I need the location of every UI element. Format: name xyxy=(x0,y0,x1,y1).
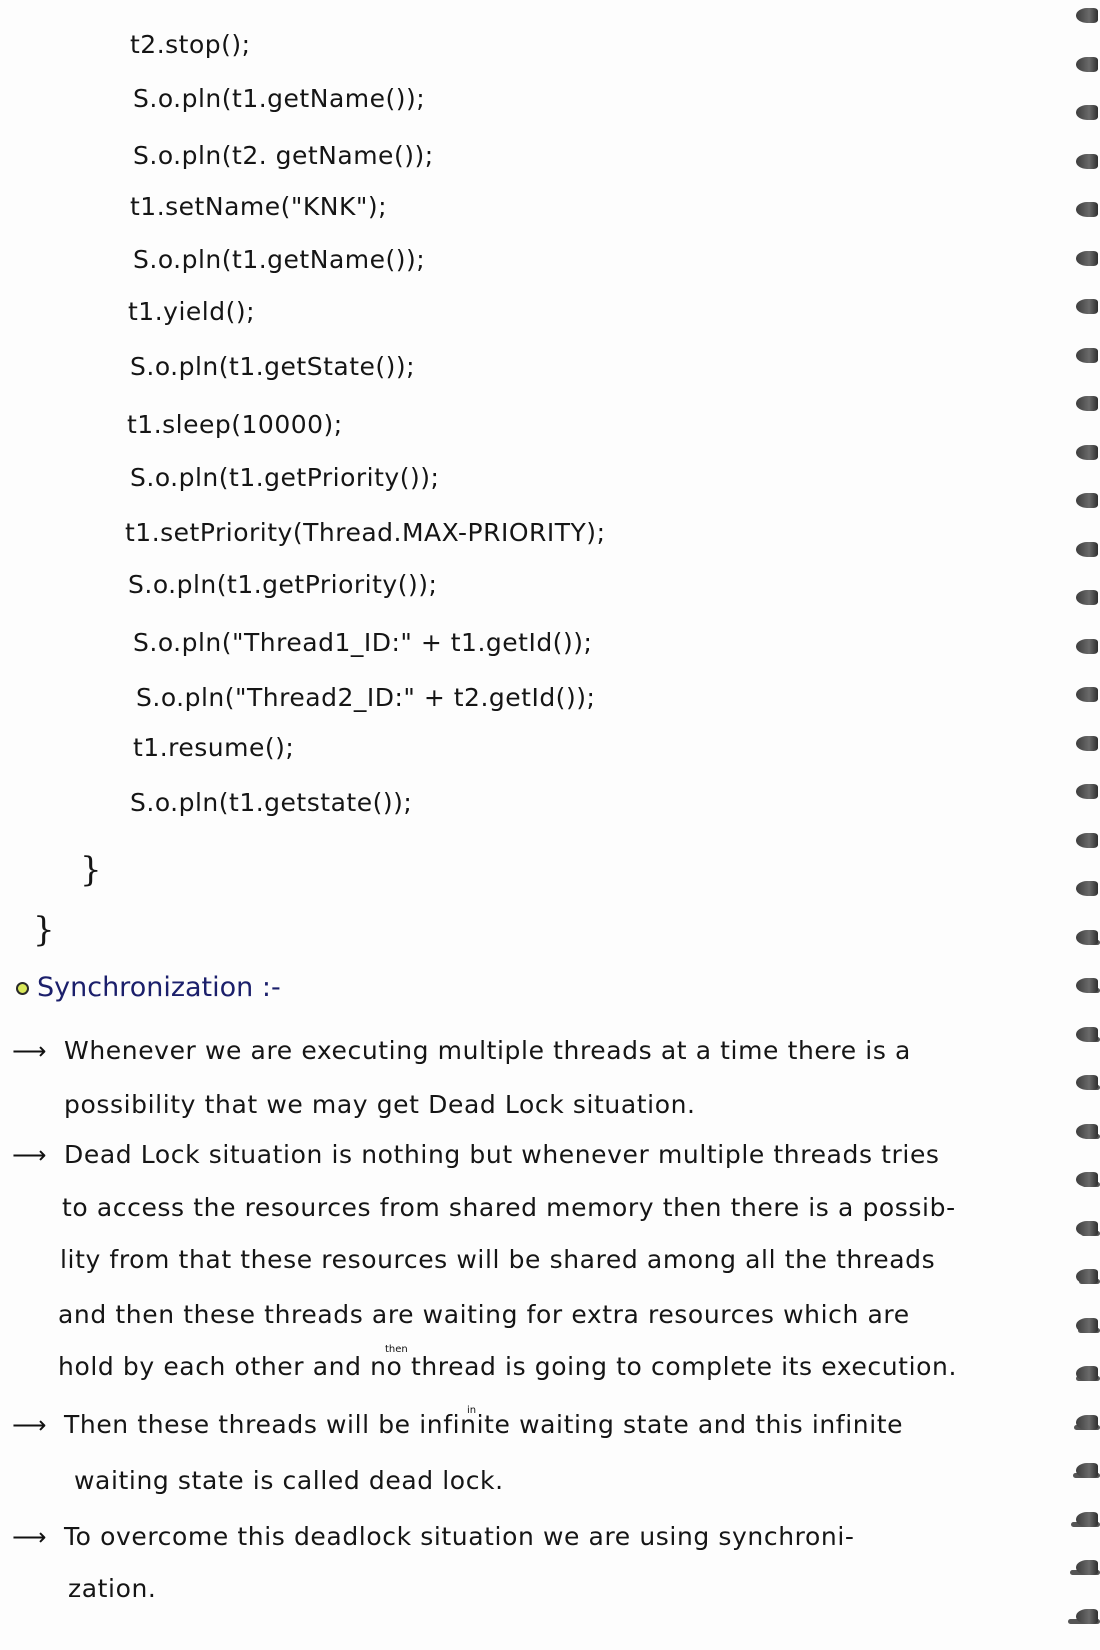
code-line: S.o.pln(t1.getPriority()); xyxy=(128,570,437,599)
spiral-ring xyxy=(1076,784,1098,799)
spiral-ring xyxy=(1076,105,1098,120)
spiral-ring xyxy=(1076,881,1098,896)
bullet-line: and then these threads are waiting for e… xyxy=(58,1300,910,1329)
spiral-ring xyxy=(1076,1415,1098,1430)
spiral-ring xyxy=(1076,1366,1098,1381)
spiral-ring xyxy=(1076,1075,1098,1090)
code-line: t1.yield(); xyxy=(128,297,255,326)
code-line: S.o.pln("Thread2_ID:" + t2.getId()); xyxy=(136,683,595,712)
code-line: S.o.pln(t1.getPriority()); xyxy=(130,463,439,492)
code-line: S.o.pln("Thread1_ID:" + t1.getId()); xyxy=(133,628,592,657)
spiral-ring xyxy=(1076,1027,1098,1042)
spiral-ring xyxy=(1076,736,1098,751)
spiral-ring xyxy=(1076,57,1098,72)
arrow-icon: ⟶ xyxy=(12,1523,64,1551)
insertion-note: in xyxy=(467,1405,476,1416)
spiral-ring xyxy=(1076,1124,1098,1139)
spiral-ring xyxy=(1076,396,1098,411)
spiral-ring xyxy=(1076,493,1098,508)
spiral-ring xyxy=(1076,1269,1098,1284)
spiral-ring xyxy=(1076,348,1098,363)
spiral-ring xyxy=(1076,1172,1098,1187)
code-line: S.o.pln(t1.getState()); xyxy=(130,352,415,381)
code-line: t1.setPriority(Thread.MAX-PRIORITY); xyxy=(125,518,606,547)
code-line: S.o.pln(t2. getName()); xyxy=(133,141,434,170)
spiral-ring xyxy=(1076,639,1098,654)
bullet-dot-icon xyxy=(16,982,29,995)
spiral-ring xyxy=(1076,8,1098,23)
bullet-line: to access the resources from shared memo… xyxy=(62,1193,956,1222)
bullet-text: To overcome this deadlock situation we a… xyxy=(64,1522,855,1551)
bullet-line: zation. xyxy=(68,1574,156,1603)
bullet-line: ⟶Then these threads will be infinite wai… xyxy=(12,1410,903,1439)
spiral-ring xyxy=(1076,1560,1098,1575)
notebook-page: t2.stop(); S.o.pln(t1.getName()); S.o.pl… xyxy=(0,0,1100,1650)
code-line: t1.sleep(10000); xyxy=(127,410,343,439)
code-line: S.o.pln(t1.getstate()); xyxy=(130,788,412,817)
spiral-binding xyxy=(1040,0,1100,1650)
spiral-ring xyxy=(1076,445,1098,460)
code-line: t1.setName("KNK"); xyxy=(130,192,387,221)
arrow-icon: ⟶ xyxy=(12,1141,64,1169)
code-line: t1.resume(); xyxy=(133,733,294,762)
spiral-ring xyxy=(1076,978,1098,993)
spiral-ring xyxy=(1076,154,1098,169)
bullet-line: possibility that we may get Dead Lock si… xyxy=(64,1090,696,1119)
bullet-line: waiting state is called dead lock. xyxy=(74,1466,504,1495)
spiral-ring xyxy=(1076,1221,1098,1236)
spiral-ring xyxy=(1076,1318,1098,1333)
spiral-ring xyxy=(1076,930,1098,945)
spiral-ring xyxy=(1076,590,1098,605)
closing-brace-inner: } xyxy=(80,850,102,890)
spiral-ring xyxy=(1076,833,1098,848)
section-heading: Synchronization :- xyxy=(16,972,281,1003)
bullet-line: ⟶To overcome this deadlock situation we … xyxy=(12,1522,855,1551)
spiral-ring xyxy=(1076,687,1098,702)
bullet-text: Then these threads will be infinite wait… xyxy=(64,1410,903,1439)
bullet-line: hold by each other and no thread is goin… xyxy=(58,1352,957,1381)
closing-brace-outer: } xyxy=(33,910,55,950)
bullet-line: lity from that these resources will be s… xyxy=(60,1245,935,1274)
spiral-ring xyxy=(1076,1609,1098,1624)
bullet-text: Dead Lock situation is nothing but whene… xyxy=(64,1140,940,1169)
code-line: S.o.pln(t1.getName()); xyxy=(133,84,425,113)
spiral-ring xyxy=(1076,1463,1098,1478)
arrow-icon: ⟶ xyxy=(12,1037,64,1065)
spiral-ring xyxy=(1076,542,1098,557)
bullet-line: ⟶Whenever we are executing multiple thre… xyxy=(12,1036,911,1065)
spiral-ring xyxy=(1076,251,1098,266)
arrow-icon: ⟶ xyxy=(12,1411,64,1439)
code-line: S.o.pln(t1.getName()); xyxy=(133,245,425,274)
spiral-ring xyxy=(1076,202,1098,217)
insertion-note: then xyxy=(385,1344,408,1355)
code-line: t2.stop(); xyxy=(130,30,251,59)
spiral-ring xyxy=(1076,299,1098,314)
bullet-text: Whenever we are executing multiple threa… xyxy=(64,1036,911,1065)
section-heading-text: Synchronization :- xyxy=(37,972,281,1003)
bullet-line: ⟶Dead Lock situation is nothing but when… xyxy=(12,1140,940,1169)
spiral-ring xyxy=(1076,1512,1098,1527)
